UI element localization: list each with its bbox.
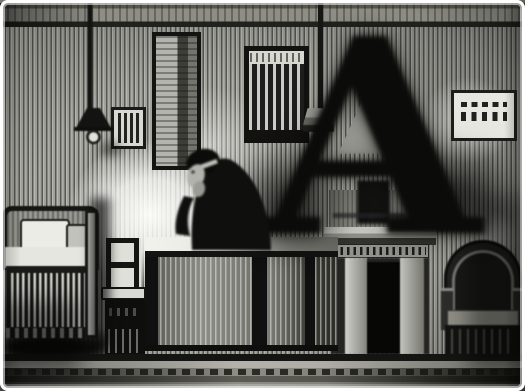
lamp-rod xyxy=(88,0,93,112)
floor-band xyxy=(0,384,525,391)
figure-eye xyxy=(191,170,194,173)
chair-rail xyxy=(106,262,139,268)
chair-rail xyxy=(106,238,139,243)
giant-letter-a: A xyxy=(261,3,477,273)
lamp-bulb xyxy=(88,131,100,143)
shadow-between-bed-chair xyxy=(90,198,110,348)
desk-base xyxy=(145,345,338,351)
desk-leg xyxy=(145,257,158,351)
lamp-shade xyxy=(76,108,111,128)
chair-shadow-cabinet xyxy=(105,299,145,357)
floor-band xyxy=(0,376,525,382)
engraving-film-still: A xyxy=(0,0,525,391)
bed-sheet xyxy=(5,247,93,268)
pendant-lamp xyxy=(70,0,120,150)
hunched-figure xyxy=(160,138,278,256)
corner-shadow-bottom-left xyxy=(0,300,80,370)
figure-arm xyxy=(175,196,194,236)
